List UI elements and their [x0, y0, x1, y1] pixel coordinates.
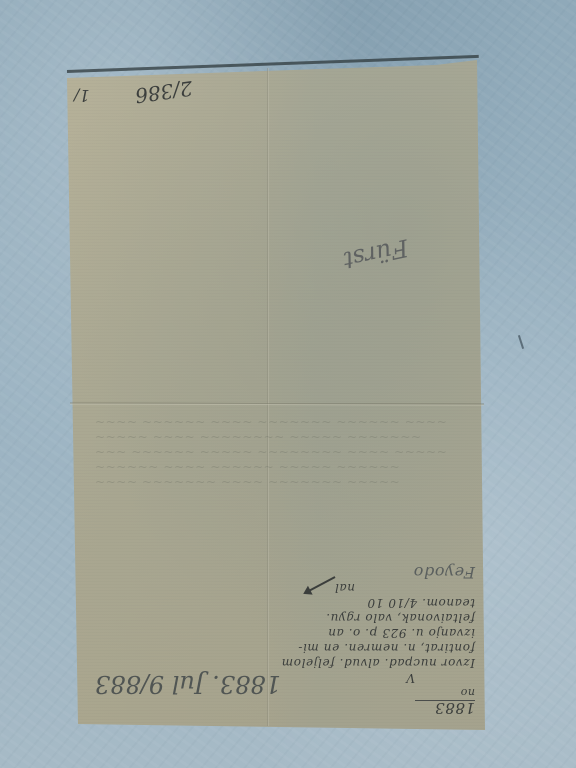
note-line: V — [285, 670, 475, 685]
note-line: no — [285, 685, 475, 700]
background-mark — [518, 335, 524, 349]
vertical-fold-line — [267, 68, 269, 726]
bleed-line: ~~~ ~~~~~~ ~~~~~ ~~~~~~~~ ~~~~ ~~~~~ — [95, 445, 465, 460]
bleed-line: ~~~~~~ ~~~~ ~~~~~~ ~~~~~ ~~~~~~ — [95, 460, 465, 475]
note-line: izvanjo u. 923 p. o. an — [285, 625, 475, 640]
note-line: fontirat, n. nemren. en mi- — [285, 640, 475, 655]
note-line: feltaivonak, valo rgyu. — [285, 610, 475, 625]
note-line: Izvor nucpad. alvud. feljelom — [285, 655, 475, 670]
note-year: 1883 — [285, 700, 475, 715]
bleed-line: ~~~~~ ~~~~ ~~~~~~~~ ~~~~~ ~~~~~~~ — [95, 430, 465, 445]
registry-entry: 1883. Jul 9/883 — [95, 670, 281, 698]
note-line: teanom. 4/10 10 — [285, 595, 475, 610]
top-left-mark: 1/ — [74, 86, 90, 105]
note-signature: Feyodo — [285, 565, 475, 580]
bleed-line: ~~~~ ~~~~~~~ ~~~~ ~~~~~~~ ~~~~~ — [95, 475, 465, 490]
bleed-through-text: ~~~~ ~~~~~~ ~~~~ ~~~~~~~ ~~~~~~ ~~~~ ~~~… — [95, 415, 465, 490]
bleed-line: ~~~~ ~~~~~~ ~~~~ ~~~~~~~ ~~~~~~ ~~~~ — [95, 415, 465, 430]
underline-stroke — [415, 700, 475, 701]
